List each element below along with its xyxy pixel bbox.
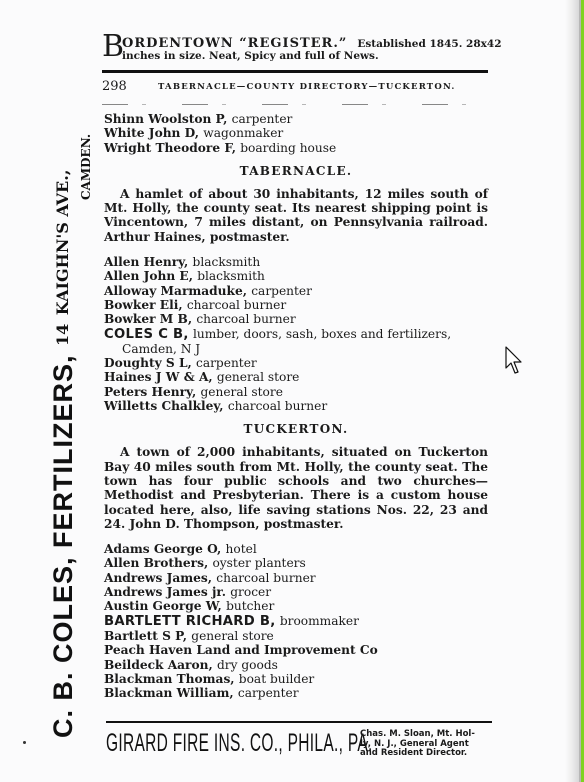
directory-section: TUCKERTON.A town of 2,000 inhabitants, s… [104,422,488,700]
directory-entry: Andrews James, charcoal burner [104,571,488,585]
entry-occupation: oyster planters [212,556,305,570]
entry-name: Willetts Chalkley, [104,399,224,413]
directory-entry: Bartlett S P, general store [104,629,488,643]
directory-entry: Bowker M B, charcoal burner [104,312,488,326]
section-description: A town of 2,000 inhabitants, situated on… [104,445,488,531]
entry-name: Bowker M B, [104,312,192,326]
entry-name: COLES C B, [104,327,189,342]
entry-occupation: boat builder [239,672,314,686]
entry-name: Blackman William, [104,686,234,700]
directory-section: TABERNACLE.A hamlet of about 30 inhabita… [104,164,488,413]
directory-entry: Andrews James jr. grocer [104,585,488,599]
directory-entry: BARTLETT RICHARD B, broommaker [104,614,488,629]
entry-name: Andrews James jr. [104,585,226,599]
entry-name: White John D, [104,126,199,140]
entry-occupation: charcoal burner [196,312,295,326]
entry-occupation: general store [200,385,282,399]
entry-occupation: dry goods [217,658,278,672]
side-ad-company: C. B. COLES, FERTILIZERS, [48,354,78,738]
footer-advertisement: GIRARD FIRE INS. CO., PHILA., PA. Chas. … [106,728,492,768]
header-advertisement: B ORDENTOWN “REGISTER.” Established 1845… [102,34,488,70]
entry-occupation: hotel [226,542,257,556]
directory-entry: Doughty S L, carpenter [104,356,488,370]
entry-occupation: boarding house [240,141,336,155]
running-head: 298 TABERNACLE—COUNTY DIRECTORY—TUCKERTO… [102,79,488,95]
entry-occupation: Camden, N J [122,342,200,356]
entry-name: BARTLETT RICHARD B, [104,614,276,629]
directory-entry: Wright Theodore F, boarding house [104,141,488,155]
arrow-pointer-icon [505,346,525,376]
scan-speck [23,741,26,744]
header-ad-established: Established 1845. 28x42 [357,38,501,50]
side-ad-street: KAIGHN'S AVE., [53,170,72,316]
side-ad-city: CAMDEN. [78,0,94,200]
scanned-page: C. B. COLES, FERTILIZERS, 14 KAIGHN'S AV… [0,0,560,782]
entry-occupation: blacksmith [193,255,261,269]
entry-occupation: broommaker [280,614,359,628]
directory-entry: Camden, N J [104,342,488,356]
entry-name: Doughty S L, [104,356,192,370]
directory-entry: Blackman William, carpenter [104,686,488,700]
entry-occupation: charcoal burner [216,571,315,585]
directory-entry: Allen John E, blacksmith [104,269,488,283]
entry-occupation: charcoal burner [228,399,327,413]
entry-name: Alloway Marmaduke, [104,284,247,298]
directory-entry: Allen Brothers, oyster planters [104,556,488,570]
entry-occupation: wagonmaker [203,126,283,140]
entry-name: Allen John E, [104,269,193,283]
broken-rule [102,104,488,105]
directory-sections: TABERNACLE.A hamlet of about 30 inhabita… [104,164,488,701]
directory-entry: Austin George W, butcher [104,599,488,613]
section-title: TUCKERTON. [104,422,488,436]
directory-entry: Peters Henry, general store [104,385,488,399]
directory-entry: Haines J W & A, general store [104,370,488,384]
document-viewer: C. B. COLES, FERTILIZERS, 14 KAIGHN'S AV… [0,0,584,782]
entry-occupation: carpenter [196,356,257,370]
entry-occupation: carpenter [251,284,312,298]
section-title: TABERNACLE. [104,164,488,178]
entry-occupation: general store [191,629,273,643]
entry-name: Bowker Eli, [104,298,183,312]
entry-occupation: carpenter [238,686,299,700]
header-ad-line1: ORDENTOWN “REGISTER.” Established 1845. … [122,36,502,51]
entry-name: Blackman Thomas, [104,672,235,686]
entry-name: Adams George O, [104,542,221,556]
entry-name: Beildeck Aaron, [104,658,213,672]
entry-occupation: blacksmith [197,269,265,283]
entry-occupation: butcher [226,599,274,613]
page-edge-shadow [565,0,579,782]
entry-occupation: lumber, doors, sash, boxes and fertilize… [193,327,451,341]
footer-ad-side-line: and Resident Director. [360,749,475,759]
directory-entry: Allen Henry, blacksmith [104,255,488,269]
entry-name: Austin George W, [104,599,222,613]
preceding-entries: Shinn Woolston P, carpenterWhite John D,… [104,112,488,155]
header-ad-dropcap: B [102,32,124,62]
side-advertisement: C. B. COLES, FERTILIZERS, 14 KAIGHN'S AV… [48,28,96,738]
entry-name: Allen Henry, [104,255,188,269]
directory-entry: Shinn Woolston P, carpenter [104,112,488,126]
header-ad-line2: inches in size. Neat, Spicy and full of … [122,50,379,62]
side-ad-main-text: C. B. COLES, FERTILIZERS, 14 KAIGHN'S AV… [48,28,78,738]
entry-name: Allen Brothers, [104,556,208,570]
section-description: A hamlet of about 30 inhabitants, 12 mil… [104,187,488,244]
entry-occupation: grocer [230,585,271,599]
page-number: 298 [102,79,127,94]
entry-occupation: charcoal burner [187,298,286,312]
entry-name: Haines J W & A, [104,370,213,384]
directory-entry: Willetts Chalkley, charcoal burner [104,399,488,413]
entry-name: Peach Haven Land and Improvement Co [104,643,378,657]
entry-name: Bartlett S P, [104,629,187,643]
footer-ad-main: GIRARD FIRE INS. CO., PHILA., PA. [106,728,373,758]
header-ad-title: ORDENTOWN “REGISTER.” [122,36,347,51]
footer-rule [106,721,492,723]
footer-ad-side: Chas. M. Sloan, Mt. Hol- ly, N. J., Gene… [360,730,475,759]
entry-name: Shinn Woolston P, [104,112,227,126]
directory-entry: Adams George O, hotel [104,542,488,556]
side-ad-address-number: 14 [53,324,72,346]
entry-occupation: general store [217,370,299,384]
directory-entry: Alloway Marmaduke, carpenter [104,284,488,298]
directory-entry: Beildeck Aaron, dry goods [104,658,488,672]
entry-name: Andrews James, [104,571,212,585]
directory-content: Shinn Woolston P, carpenterWhite John D,… [104,112,488,700]
directory-entry: Bowker Eli, charcoal burner [104,298,488,312]
directory-entry: White John D, wagonmaker [104,126,488,140]
entry-name: Peters Henry, [104,385,196,399]
entry-name: Wright Theodore F, [104,141,236,155]
header-rule [102,70,488,73]
directory-entry: COLES C B, lumber, doors, sash, boxes an… [104,327,488,342]
entry-occupation: carpenter [232,112,293,126]
directory-entry: Peach Haven Land and Improvement Co [104,643,488,657]
running-title: TABERNACLE—COUNTY DIRECTORY—TUCKERTON. [158,82,456,92]
directory-entry: Blackman Thomas, boat builder [104,672,488,686]
